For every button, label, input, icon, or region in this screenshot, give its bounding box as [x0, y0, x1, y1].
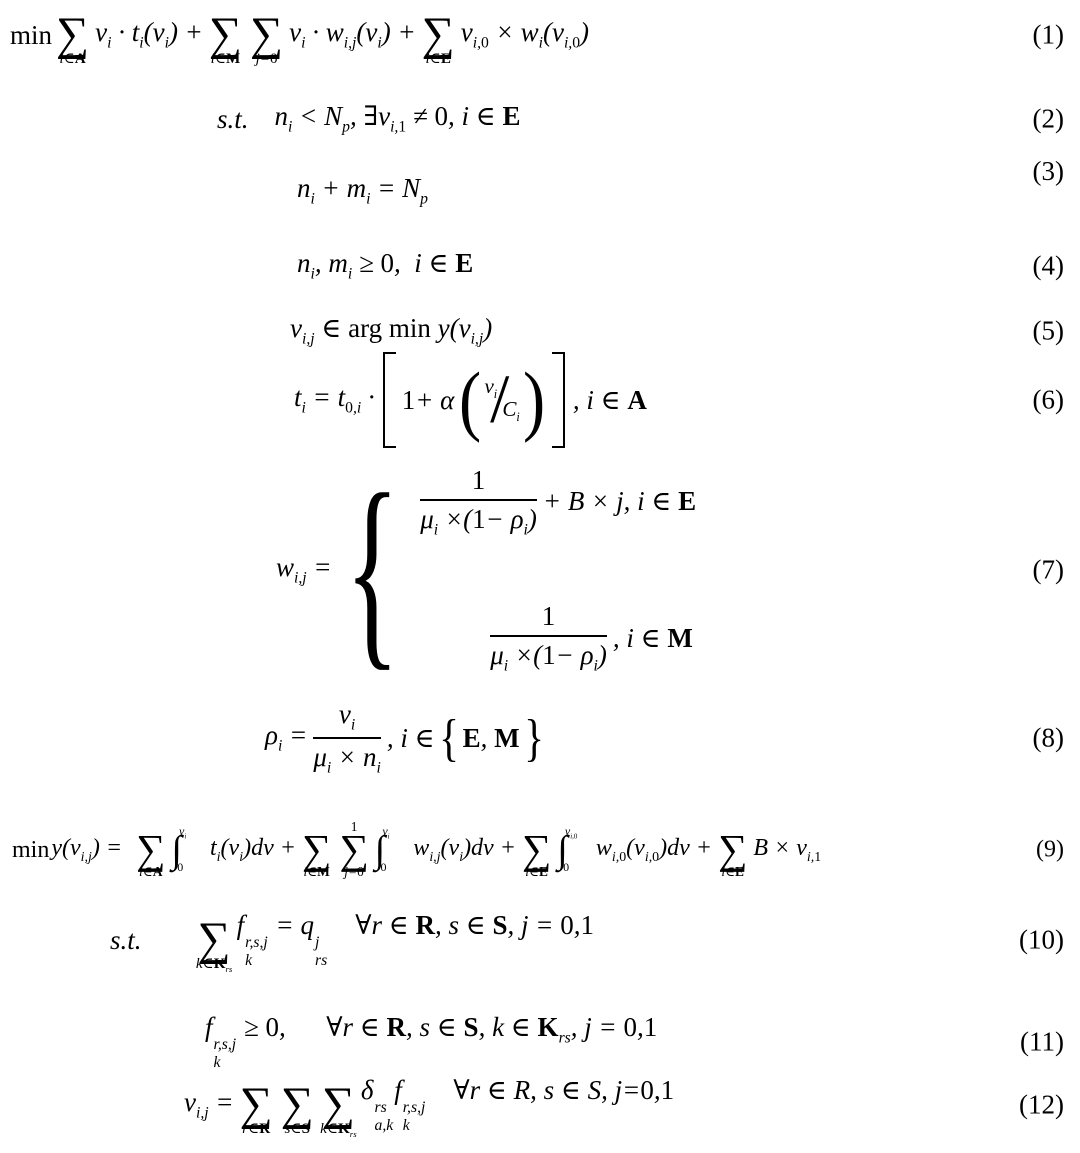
math-run: wi,0(vi,0)dv + [596, 835, 712, 866]
equation-number: (3) [1033, 156, 1064, 187]
integral-lower-limit: 0 [381, 861, 387, 873]
sum-lower-limit: i∈M [303, 865, 329, 878]
left-paren: ( [459, 363, 481, 437]
sum-lower-limit: i∈A [139, 865, 162, 878]
math-run: vi · wi,j(vi) + [289, 17, 416, 52]
equation-number: (4) [1033, 251, 1064, 282]
equation-6: ti = t0,i · 1+ α ( vi/Ci ) , i ∈ A (6) [0, 352, 1080, 448]
integral-lower-limit: 0 [177, 861, 183, 873]
sum-lower-limit: s∈S [285, 1122, 310, 1137]
sum-lower-limit: i∈A [59, 52, 85, 67]
equation-number: (6) [1033, 385, 1064, 416]
math-run: wi,j = [276, 552, 332, 587]
sum-lower-limit: i∈E [721, 865, 744, 878]
equation-number: (7) [1033, 555, 1064, 586]
equation-11: fr,s,jk ≥ 0, ∀r ∈ R, s ∈ S, k ∈ Krs, j =… [0, 1019, 1080, 1065]
math-run: ρi = [265, 720, 307, 755]
sum-operator: ∑i∈M [209, 12, 242, 58]
equation-12: vi,j = ∑r∈R ∑s∈S ∑k∈Krs δrsa,kfr,s,jk ∀r… [0, 1065, 1080, 1145]
integral-lower-limit: 0 [563, 861, 569, 873]
sum-operator: ∑k∈Krs [322, 1082, 355, 1128]
sum-operator: ∑i∈A [56, 12, 89, 58]
slant-numerator: vi [484, 374, 497, 402]
sum-operator: ∑i∈A [136, 829, 165, 870]
math-run: δrsa,kfr,s,jk ∀r ∈ R, s ∈ S, j=0,1 [361, 1075, 674, 1136]
sum-lower-limit: i∈E [525, 865, 548, 878]
equation-number: (5) [1033, 316, 1064, 347]
subject-to-label: s.t. [217, 104, 249, 135]
sum-lower-limit: k∈Krs [196, 957, 232, 974]
slant-denominator: Ci [502, 397, 519, 425]
equation-number: (11) [1020, 1027, 1064, 1058]
integral-operator: ∫vi0 [375, 831, 386, 869]
math-run: fr,s,jk ≥ 0, ∀r ∈ R, s ∈ S, k ∈ Krs, j =… [205, 1012, 657, 1073]
equation-4: ni, mi ≥ 0, i ∈ E (4) [0, 243, 1080, 289]
left-bracket [383, 352, 396, 448]
document-page: min ∑i∈A vi · ti(vi) + ∑i∈M ∑j=0 vi · wi… [0, 0, 1080, 1153]
math-run: , i ∈ [387, 723, 435, 754]
sum-lower-limit: i∈E [425, 52, 450, 67]
sum-operator: ∑i∈E [718, 829, 747, 870]
equation-7: wi,j = { 1μi ×(1− ρi) + B × j, i ∈ E 1μi… [0, 452, 1080, 688]
case-row-2: 1μi ×(1− ρi) , i ∈ M [486, 601, 698, 675]
math-run: ti = t0,i · [294, 382, 375, 417]
integral-operator: ∫vi,00 [557, 831, 568, 869]
piecewise-cases: 1μi ×(1− ρi) + B × j, i ∈ E 1μi ×(1− ρi)… [416, 465, 698, 676]
math-run: fr,s,jk = qjrs ∀r ∈ R, s ∈ S, j = 0,1 [237, 910, 594, 971]
sum-operator: 1∑j=0 [339, 829, 368, 870]
math-run: vi,j ∈ arg min y(vi,j) [290, 313, 492, 348]
equation-3: ni + mi = Np (3) [0, 168, 1080, 214]
equation-10: s.t. ∑k∈Krs fr,s,jk = qjrs ∀r ∈ R, s ∈ S… [0, 892, 1080, 988]
math-run: B × vi,1 [753, 835, 821, 866]
sum-operator: ∑r∈R [240, 1082, 273, 1128]
fraction: 1μi ×(1− ρi) [490, 601, 607, 675]
sum-operator: ∑i∈M [302, 829, 331, 870]
math-run: E, M [463, 723, 520, 754]
equation-2: s.t. ni < Np, ∃vi,1 ≠ 0, i ∈ E (2) [0, 96, 1080, 142]
slant-fraction: vi/Ci [484, 372, 519, 427]
subject-to-label: s.t. [110, 925, 142, 956]
integral-upper-limit: vi [179, 825, 186, 840]
fraction-denominator: μi ×(1− ρi) [420, 501, 537, 539]
equation-5: vi,j ∈ arg min y(vi,j) (5) [0, 308, 1080, 354]
math-run: ni < Np, ∃vi,1 ≠ 0, i ∈ E [275, 101, 521, 136]
sum-operator: ∑s∈S [281, 1082, 314, 1128]
sum-operator: ∑i∈E [422, 12, 455, 58]
sum-operator: ∑j=0 [250, 12, 283, 58]
min-operator: min [12, 837, 49, 864]
fraction: 1μi ×(1− ρi) [420, 465, 537, 539]
math-run: + B × j, i ∈ E [543, 486, 696, 517]
right-bracket [552, 352, 565, 448]
integral-upper-limit: vi [382, 825, 389, 840]
sum-operator: ∑k∈Krs [198, 917, 231, 963]
sum-lower-limit: j=0 [344, 865, 364, 878]
fraction-numerator: vi [313, 699, 381, 739]
min-operator: min [10, 20, 52, 51]
fraction-denominator: μi × ni [313, 739, 381, 777]
sum-lower-limit: i∈M [211, 52, 241, 67]
fraction: viμi × ni [313, 699, 381, 778]
math-run: 1+ α [402, 385, 455, 416]
right-paren: ) [523, 363, 545, 437]
fraction-numerator: 1 [490, 601, 607, 637]
equation-8: ρi = viμi × ni , i ∈ { E, M } (8) [0, 695, 1080, 781]
math-run: ni + mi = Np [297, 173, 428, 208]
equation-number: (1) [1033, 20, 1064, 51]
fraction-denominator: μi ×(1− ρi) [490, 637, 607, 675]
equation-9: min y(vi,j) = ∑i∈A ∫vi0 ti(vi)dv + ∑i∈M … [0, 804, 1080, 896]
sum-lower-limit: j=0 [256, 52, 278, 67]
sum-lower-limit: k∈Krs [320, 1122, 356, 1139]
math-run: vi,0 × wi(vi,0) [461, 17, 589, 52]
sum-lower-limit: r∈R [242, 1122, 270, 1137]
math-run: ni, mi ≥ 0, i ∈ E [297, 248, 473, 283]
math-run: y(vi,j) = [51, 835, 122, 866]
equation-number: (8) [1033, 723, 1064, 754]
left-brace: { [345, 463, 399, 678]
math-run: vi · ti(vi) + [95, 17, 203, 52]
math-run: vi,j = [184, 1087, 234, 1122]
integral-upper-limit: vi,0 [565, 825, 577, 840]
math-run: , i ∈ A [573, 385, 647, 416]
case-row-1: 1μi ×(1− ρi) + B × j, i ∈ E [416, 465, 698, 539]
equation-number: (10) [1019, 925, 1064, 956]
equation-number: (12) [1019, 1090, 1064, 1121]
equation-1: min ∑i∈A vi · ti(vi) + ∑i∈M ∑j=0 vi · wi… [0, 0, 1080, 70]
math-run: ti(vi)dv + [210, 835, 296, 866]
math-run: , i ∈ M [613, 623, 693, 654]
sum-operator: ∑i∈E [522, 829, 551, 870]
fraction-numerator: 1 [420, 465, 537, 501]
right-brace: } [524, 712, 544, 763]
math-run: wi,j(vi)dv + [413, 835, 516, 866]
left-brace: { [439, 712, 459, 763]
equation-number: (9) [1036, 837, 1064, 864]
sum-upper-limit: 1 [351, 820, 358, 833]
equation-number: (2) [1033, 104, 1064, 135]
integral-operator: ∫vi0 [171, 831, 182, 869]
